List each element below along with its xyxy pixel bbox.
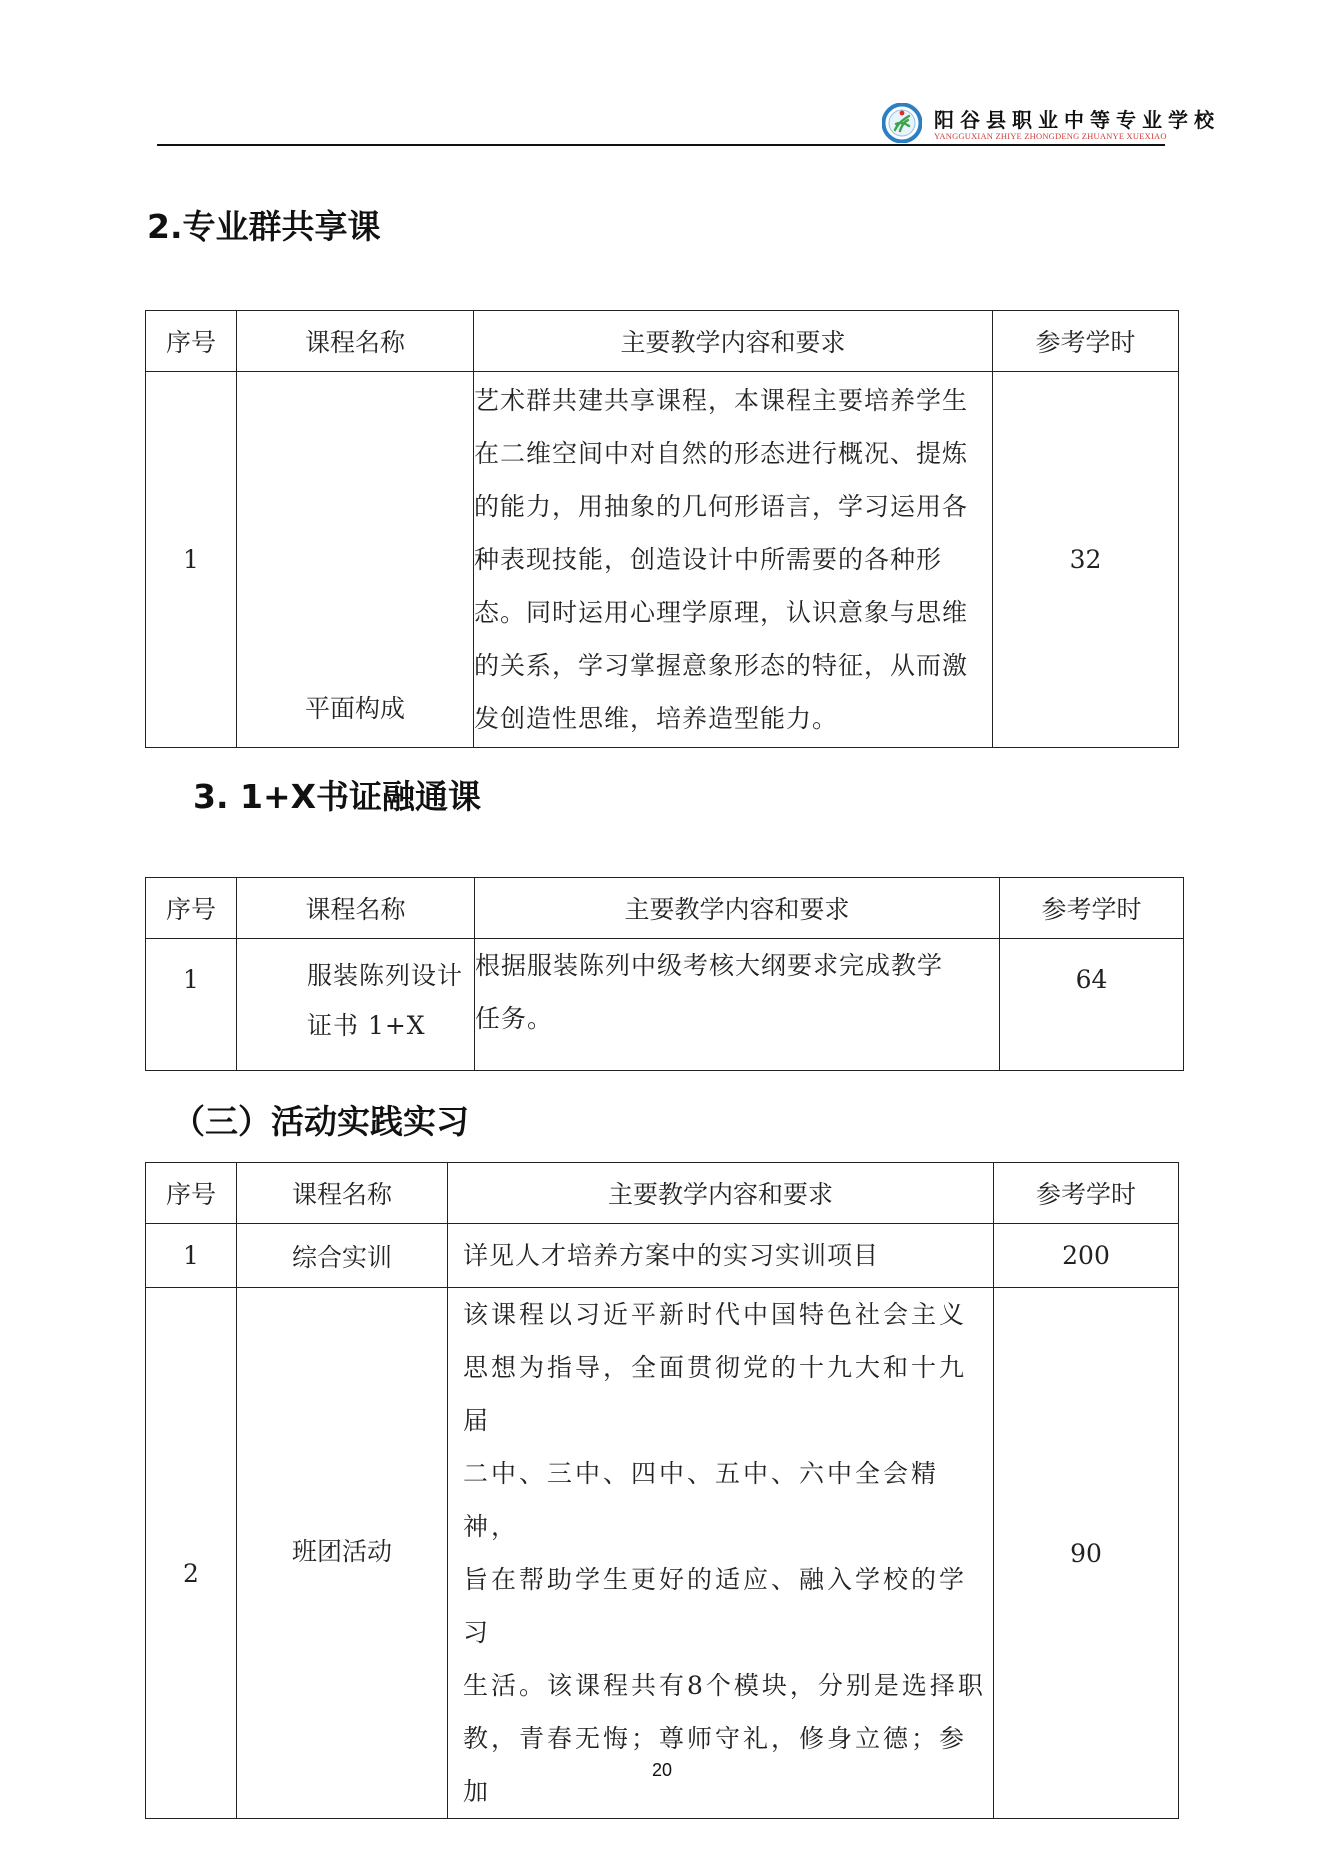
row-course-name: 班团活动 (237, 1288, 448, 1819)
row-hours: 64 (1000, 939, 1184, 1071)
row-index: 1 (146, 939, 237, 1071)
row-course-name: 综合实训 (237, 1224, 448, 1288)
row-hours: 200 (994, 1224, 1179, 1288)
table-row: 1 综合实训 详见人才培养方案中的实习实训项目 200 (146, 1224, 1179, 1288)
col-header-course-name: 课程名称 (237, 878, 475, 939)
row-hours: 32 (993, 372, 1179, 748)
content-line: 在二维空间中对自然的形态进行概况、提炼 (474, 427, 992, 480)
row-content: 该课程以习近平新时代中国特色社会主义 思想为指导，全面贯彻党的十九大和十九届 二… (448, 1288, 994, 1819)
content-line: 态。同时运用心理学原理，认识意象与思维 (474, 586, 992, 639)
content-line: 旨在帮助学生更好的适应、融入学校的学习 (463, 1553, 993, 1659)
content-line: 任务。 (475, 992, 999, 1045)
shared-courses-table: 序号 课程名称 主要教学内容和要求 参考学时 1 平面构成 艺术群共建共享课程，… (145, 310, 1179, 748)
row-index: 1 (146, 372, 237, 748)
school-name-en: YANGGUXIAN ZHIYE ZHONGDENG ZHUANYE XUEXI… (934, 131, 1167, 141)
section-title-1x-certificate-courses: 3. 1+X书证融通课 (193, 771, 481, 818)
col-header-hours: 参考学时 (1000, 878, 1184, 939)
content-line: 根据服装陈列中级考核大纲要求完成教学 (475, 939, 999, 992)
school-logo-icon (882, 103, 922, 143)
row-index: 1 (146, 1224, 237, 1288)
content-line: 种表现技能，创造设计中所需要的各种形 (474, 533, 992, 586)
col-header-content: 主要教学内容和要求 (475, 878, 1000, 939)
certificate-courses-table: 序号 课程名称 主要教学内容和要求 参考学时 1 服装陈列设计 证书 1+X 根… (145, 877, 1184, 1071)
row-hours: 90 (994, 1288, 1179, 1819)
school-name-cn: 阳谷县职业中等专业学校 (934, 104, 1220, 133)
content-line: 发创造性思维，培养造型能力。 (474, 692, 992, 745)
row-content: 详见人才培养方案中的实习实训项目 (448, 1224, 994, 1288)
col-header-course-name: 课程名称 (237, 1163, 448, 1224)
course-name-line: 证书 1+X (307, 1001, 474, 1051)
row-content: 艺术群共建共享课程，本课程主要培养学生 在二维空间中对自然的形态进行概况、提炼 … (474, 372, 993, 748)
row-course-name: 平面构成 (237, 372, 474, 748)
content-line: 该课程以习近平新时代中国特色社会主义 (463, 1288, 993, 1341)
col-header-index: 序号 (146, 311, 237, 372)
course-name-line: 服装陈列设计 (307, 951, 474, 1001)
section-title-activity-practice: （三）活动实践实习 (172, 1096, 469, 1143)
col-header-course-name: 课程名称 (237, 311, 474, 372)
content-line: 教，青春无悔；尊师守礼，修身立德；参加 (463, 1712, 993, 1818)
content-line: 思想为指导，全面贯彻党的十九大和十九届 (463, 1341, 993, 1447)
content-line: 生活。该课程共有8个模块，分别是选择职 (463, 1659, 993, 1712)
row-index: 2 (146, 1288, 237, 1819)
table-row: 1 服装陈列设计 证书 1+X 根据服装陈列中级考核大纲要求完成教学 任务。 6… (146, 939, 1184, 1071)
page-number: 20 (652, 1760, 672, 1781)
col-header-hours: 参考学时 (994, 1163, 1179, 1224)
content-line: 的能力，用抽象的几何形语言，学习运用各 (474, 480, 992, 533)
row-content: 根据服装陈列中级考核大纲要求完成教学 任务。 (475, 939, 1000, 1071)
table-header-row: 序号 课程名称 主要教学内容和要求 参考学时 (146, 878, 1184, 939)
table-header-row: 序号 课程名称 主要教学内容和要求 参考学时 (146, 1163, 1179, 1224)
col-header-hours: 参考学时 (993, 311, 1179, 372)
section-title-shared-courses: 2.专业群共享课 (147, 201, 381, 248)
table-header-row: 序号 课程名称 主要教学内容和要求 参考学时 (146, 311, 1179, 372)
col-header-index: 序号 (146, 878, 237, 939)
header-divider (157, 144, 1165, 146)
col-header-content: 主要教学内容和要求 (448, 1163, 994, 1224)
col-header-content: 主要教学内容和要求 (474, 311, 993, 372)
content-line: 二中、三中、四中、五中、六中全会精神， (463, 1447, 993, 1553)
activity-practice-table: 序号 课程名称 主要教学内容和要求 参考学时 1 综合实训 详见人才培养方案中的… (145, 1162, 1179, 1819)
content-line: 的关系，学习掌握意象形态的特征，从而激 (474, 639, 992, 692)
col-header-index: 序号 (146, 1163, 237, 1224)
row-course-name: 服装陈列设计 证书 1+X (237, 939, 475, 1071)
content-line: 艺术群共建共享课程，本课程主要培养学生 (474, 374, 992, 427)
table-row: 2 班团活动 该课程以习近平新时代中国特色社会主义 思想为指导，全面贯彻党的十九… (146, 1288, 1179, 1819)
table-row: 1 平面构成 艺术群共建共享课程，本课程主要培养学生 在二维空间中对自然的形态进… (146, 372, 1179, 748)
